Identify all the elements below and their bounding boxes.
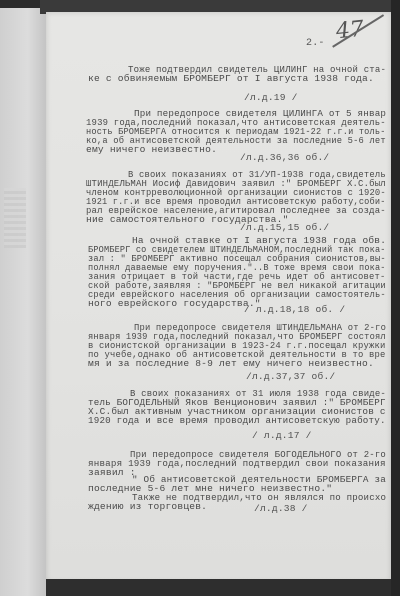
case-reference: /л.д.19 / (244, 92, 298, 103)
case-reference: / л.д.17 / (252, 430, 312, 441)
case-reference: / л.д.18,18 об. / (244, 304, 345, 315)
scan-background-bottom (46, 579, 400, 596)
adjacent-page-edge (0, 8, 47, 596)
adjacent-page-marks (4, 188, 26, 248)
case-reference: /л.д.37,37 об./ (246, 371, 335, 382)
text-line: ему ничего неизвестно. (86, 144, 217, 155)
text-line: ного еврейского государства." (88, 298, 261, 309)
case-reference: /л.д.15,15 об./ (240, 222, 329, 233)
text-line: мя и за последние 8-9 лет ему ничего неи… (88, 358, 374, 369)
text-line: ждению из торговцев. (88, 501, 207, 512)
scan-background-right (391, 0, 400, 596)
page-number: 2.- (306, 38, 325, 49)
text-line: заявил : (88, 467, 136, 478)
text-line: ке с обвиняемым БРОМБЕРГ от I августа 19… (88, 73, 374, 84)
text-line: 1920 года и все время проводил антисовет… (88, 415, 386, 426)
case-reference: /л.д.38 / (254, 503, 308, 514)
case-reference: /л.д.36,36 об./ (240, 152, 329, 163)
